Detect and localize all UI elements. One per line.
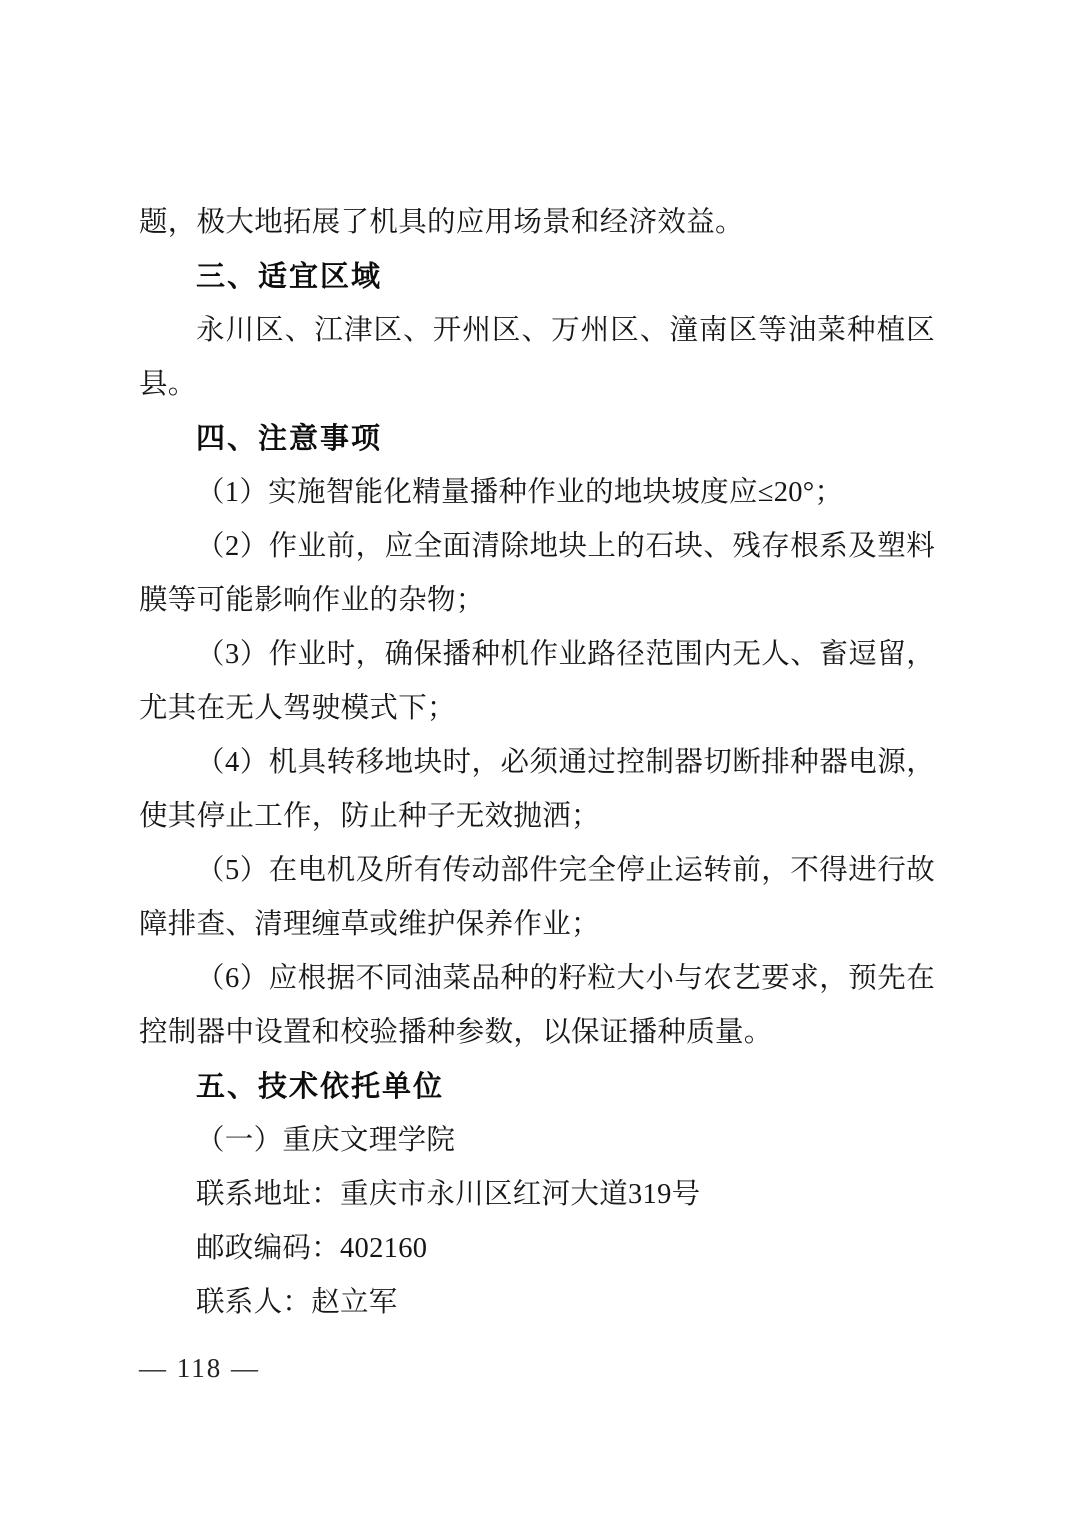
body-line-note-5-continuation: 障排查、清理缠草或维护保养作业；: [139, 898, 935, 952]
body-line-regions: 永川区、江津区、开州区、万州区、潼南区等油菜种植区: [139, 304, 935, 358]
document-body: 题，极大地拓展了机具的应用场景和经济效益。 三、适宜区域 永川区、江津区、开州区…: [139, 196, 935, 1330]
body-line-note-5: （5）在电机及所有传动部件完全停止运转前，不得进行故: [139, 844, 935, 898]
page-number: — 118 —: [139, 1353, 260, 1383]
body-line-postal-code: 邮政编码：402160: [139, 1222, 935, 1276]
body-line-regions-continuation: 县。: [139, 358, 935, 412]
heading-notes: 四、注意事项: [139, 412, 935, 466]
heading-technical-support-unit: 五、技术依托单位: [139, 1060, 935, 1114]
body-line-note-6: （6）应根据不同油菜品种的籽粒大小与农艺要求，预先在: [139, 952, 935, 1006]
body-line-note-6-continuation: 控制器中设置和校验播种参数，以保证播种质量。: [139, 1006, 935, 1060]
body-line-contact-person: 联系人：赵立军: [139, 1276, 935, 1330]
body-line-unit-name: （一）重庆文理学院: [139, 1114, 935, 1168]
document-page: 题，极大地拓展了机具的应用场景和经济效益。 三、适宜区域 永川区、江津区、开州区…: [0, 0, 1074, 1520]
page-footer: — 118 —: [139, 1346, 260, 1390]
body-line-contact-address: 联系地址：重庆市永川区红河大道319号: [139, 1168, 935, 1222]
body-line-note-2-continuation: 膜等可能影响作业的杂物；: [139, 574, 935, 628]
body-line-note-1: （1）实施智能化精量播种作业的地块坡度应≤20°；: [139, 466, 935, 520]
heading-suitable-area: 三、适宜区域: [139, 250, 935, 304]
body-line-note-4-continuation: 使其停止工作，防止种子无效抛洒；: [139, 790, 935, 844]
body-line-note-2: （2）作业前，应全面清除地块上的石块、残存根系及塑料: [139, 520, 935, 574]
body-line-note-3-continuation: 尤其在无人驾驶模式下；: [139, 682, 935, 736]
body-line-continuation: 题，极大地拓展了机具的应用场景和经济效益。: [139, 196, 935, 250]
body-line-note-4: （4）机具转移地块时，必须通过控制器切断排种器电源，: [139, 736, 935, 790]
body-line-note-3: （3）作业时，确保播种机作业路径范围内无人、畜逗留，: [139, 628, 935, 682]
